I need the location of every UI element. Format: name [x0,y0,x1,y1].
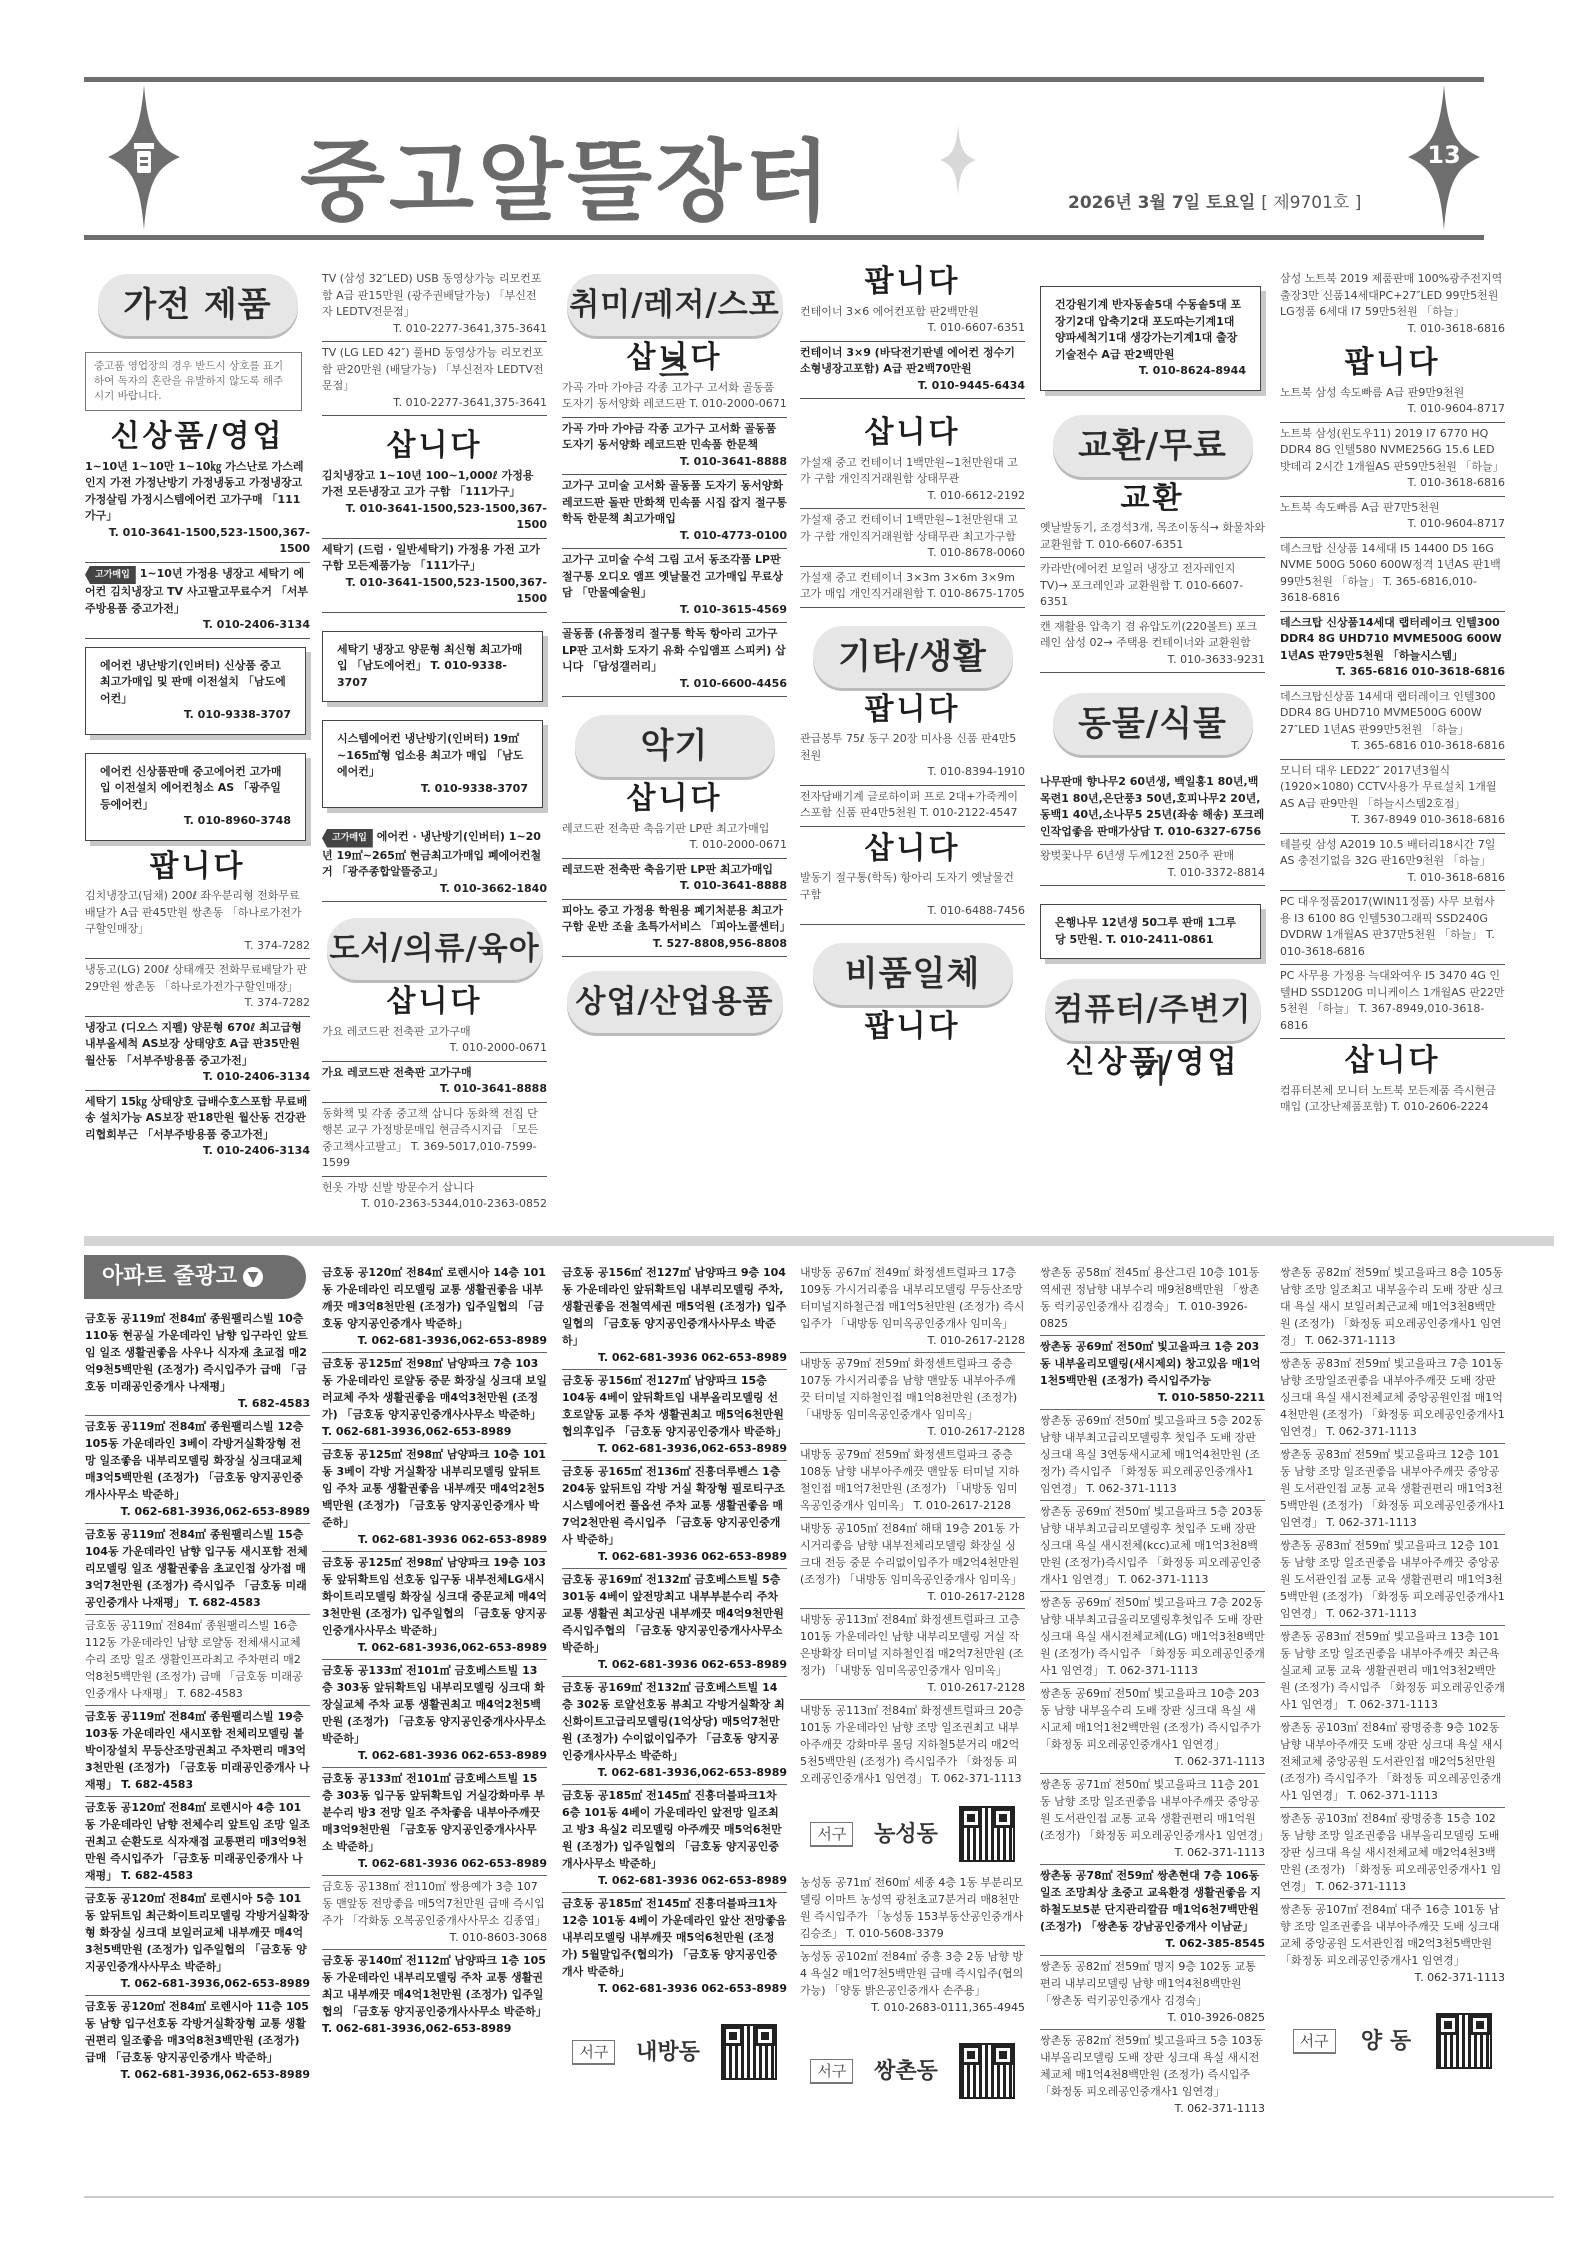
district-gu: 서구 [1293,2029,1336,2054]
ad-item: 노트북 삼성(윈도우11) 2019 I7 6770 HQ DDR4 8G 인텔… [1280,423,1505,497]
ad-item: 고가구 고미술 고서화 골동품 도자기 동서양화 레코드판 돌판 만화책 민속품… [562,475,787,549]
listing-item: 금호동 공120㎡ 전84㎡ 로렌시아 14층 101동 가운데라인 리모델링 … [322,1262,547,1353]
listing-item: 금호동 공125㎡ 전98㎡ 남양파크 19층 103동 앞뒤확트임 선호동 입… [322,1552,547,1660]
listing-item: 금호동 공140㎡ 전112㎡ 남양파크 1층 105동 가운데라인 내부리모델… [322,1950,547,2040]
listing-item: 금호동 공169㎡ 전132㎡ 금호베스트빌 5층 301동 4베이 앞전망최고… [562,1569,787,1677]
listing-item: 쌍촌동 공78㎡ 전59㎡ 쌍촌현대 7층 106동 일조 조망최상 초중고 교… [1040,1865,1265,1956]
listing-item: 쌍촌동 공83㎡ 전59㎡ 빛고을파크 12층 101동 남향 조망 일조권좋음… [1280,1444,1505,1535]
column-exchange-plants: 건강원기계 반자동솥5대 수동솥5대 포장기2대 압축기2대 포도따는기계1대 … [1040,268,1265,1082]
listing-item: 금호동 공119㎡ 전84㎡ 종원팰리스빌 16층 112동 가운데라인 남향 … [85,1615,310,1706]
district-label-naebang: 서구 내방동 [562,2024,787,2080]
listing-item: 쌍촌동 공69㎡ 전50㎡ 빛고을파크 7층 202동 남향 내부최고급올리모델… [1040,1592,1265,1683]
listing-item: 쌍촌동 공103㎡ 전84㎡ 광명중흥 15층 102동 남향 조망 일조권좋음… [1280,1808,1505,1899]
qr-code-icon[interactable] [721,2024,777,2080]
apartment-column-2: 금호동 공120㎡ 전84㎡ 로렌시아 14층 101동 가운데라인 리모델링 … [322,1262,547,2040]
category-animals-plants: 동물/식물 [1053,693,1253,755]
ad-item: 동화책 및 각종 중고책 삽니다 동화책 전집 단행본 교구 가정방문매입 현금… [322,1103,547,1177]
category-commercial-industrial: 상업/산업용품 [567,971,783,1033]
qr-code-icon[interactable] [959,2043,1015,2099]
listing-item: 금호동 공120㎡ 전84㎡ 로렌시아 11층 105동 남향 입구선호동 각방… [85,1996,310,2086]
section-sell: 팝니다 [800,274,1025,291]
listing-item: 금호동 공169㎡ 전132㎡ 금호베스트빌 14층 302동 로얄선호동 뷰최… [562,1677,787,1785]
ad-item: 피아노 중고 가정용 학원용 폐기처분용 최고가 구함 운반 조율 초특가서비스… [562,900,787,958]
listing-item: 쌍촌동 공69㎡ 전50㎡ 빛고을파크 1층 203동 내부올리모델링(새시제외… [1040,1336,1265,1410]
section-buy: 삽니다 [322,438,547,455]
market-stall-icon [108,85,180,230]
sparkle-icon [940,125,976,195]
listing-item: 쌍촌동 공71㎡ 전50㎡ 빛고을파크 11층 201동 남향 조망 일조권좋음… [1040,1774,1265,1865]
boxed-ad: 에어컨 냉난방기(인버터) 신상품 중고 최고가매입 및 판매 이전설치 「남도… [85,647,306,735]
ad-item: 노트북 속도빠름 A급 판7만5천원T. 010-9604-8717 [1280,497,1505,538]
page-title: 중고알뜰장터 [300,112,834,238]
ad-item: 데스크탑 신상품 14세대 I5 14400 D5 16G NVME 500G … [1280,538,1505,612]
district-label-nongseong: 서구 농성동 [800,1806,1025,1862]
listing-item: 쌍촌동 공69㎡ 전50㎡ 빛고을파크 5층 203동 남향 내부최고급리모델링… [1040,1501,1265,1592]
listing-item: 금호동 공185㎡ 전145㎡ 진흥더블파크1차 6층 101동 4베이 가운데… [562,1785,787,1893]
listing-item: 내방동 공113㎡ 전84㎡ 화정센트럴파크 20층 101동 가운데라인 남향… [800,1700,1025,1790]
ad-item: 레코드판 전축판 축음기판 LP판 최고가매입T. 010-3641-8888 [562,859,787,900]
ad-item: 데스크탑신상품 14세대 랩터레이크 인텔300 DDR4 8G UHD710 … [1280,686,1505,760]
page-number-badge: 13 [1408,85,1480,230]
column-appliances: 가전 제품 중고품 영업장의 경우 반드시 상호를 표기하여 독자의 혼란을 유… [85,268,310,1164]
listing-item: 쌍촌동 공83㎡ 전59㎡ 빛고을파크 7층 101동 남향 조망일조권좋음 내… [1280,1353,1505,1444]
section-buy: 삽니다 [800,841,1025,858]
listing-item: 내방동 공79㎡ 전59㎡ 화정센트럴파크 중층 107동 가시거리좋음 남향 … [800,1353,1025,1444]
high-price-buy-tag: 고가매입 [85,566,136,585]
category-hobby-leisure-sports: 취미/레저/스포츠 [567,274,783,336]
boxed-ad: 세탁기 냉장고 양문형 최신형 최고가매입 「남도에어컨」 T. 010-933… [322,631,543,703]
listing-item: 쌍촌동 공82㎡ 전59㎡ 빛고을파크 8층 105동 남향 조망 일조최고 내… [1280,1262,1505,1353]
listing-item: 쌍촌동 공69㎡ 전50㎡ 빛고을파크 10층 203동 남향 내부올수리 도배… [1040,1683,1265,1774]
section-exchange: 교환 [1040,491,1265,508]
category-exchange-free: 교환/무료 [1053,415,1253,477]
district-dong: 농성동 [874,1826,938,1843]
ad-item: 컨테이너 3×9 (바닥전기판넬 에어컨 정수기 소형냉장고포함) A급 판2백… [800,342,1025,400]
category-office-supplies: 비품일체 [813,943,1013,1005]
boxed-ad: 에어컨 신상품판매 중고에어컨 고가매입 이전설치 에어컨청소 AS 「광주일등… [85,753,306,841]
ad-item: 컴퓨터본체 모니터 노트북 모든제품 즉시현금매입 (고장난제품포함) T. 0… [1280,1080,1505,1120]
ad-item: 고가구 고미술 수석 그림 고서 동조각품 LP판 절구통 오디오 앰프 옛날물… [562,549,787,623]
listing-item: 쌍촌동 공107㎡ 전84㎡ 대주 16층 101동 남향 조망 일조권좋음 내… [1280,1899,1505,1989]
ad-item: 카라반(에어컨 보일러 냉장고 전자레인지 TV)→ 포크레인과 교환원함 T.… [1040,558,1265,616]
boxed-ad: 건강원기계 반자동솥5대 수동솥5대 포장기2대 압축기2대 포도따는기계1대 … [1040,286,1261,391]
column-hobby: 취미/레저/스포츠 삽니다 가곡 가마 가야금 각종 고가구 고서화 골동품 도… [562,268,787,1047]
apartment-column-1: 금호동 공119㎡ 전84㎡ 종원팰리스빌 10층 110동 현공실 가운데라인… [85,1308,310,2086]
ad-item: 세탁기 (드럼 · 일반세탁기) 가정용 가전 고가구함 모든제품가능 「111… [322,539,547,613]
listing-item: 금호동 공165㎡ 전136㎡ 진흥더루벤스 1층 204동 앞뒤트임 각방 거… [562,1461,787,1569]
ad-item: 캔 재활용 압축기 겸 유압도끼(220볼트) 포크레인 삼성 02→ 주택용 … [1040,616,1265,674]
ad-item: 가곡 가마 가야금 각종 고가구 고서화 골동품 도자기 동서양화 레코드판 민… [562,418,787,476]
section-sell: 팝니다 [800,1019,1025,1036]
listing-item: 쌍촌동 공83㎡ 전59㎡ 빛고을파크 12층 101동 남향 조망 일조권좋음… [1280,1535,1505,1626]
boxed-ad: 은행나무 12년생 50그루 판매 1그루당 5만원. T. 010-2411-… [1040,904,1261,959]
ad-item: 고가매입에어컨 · 냉난방기(인버터) 1~20년 19㎡~265㎡ 현금최고가… [322,826,547,902]
district-label-ssangchon: 서구 쌍촌동 [800,2043,1025,2099]
listing-item: 금호동 공119㎡ 전84㎡ 종원팰리스빌 19층 103동 가운데라인 새시포… [85,1706,310,1797]
listing-item: 금호동 공125㎡ 전98㎡ 남양파크 10층 101동 3베이 각방 거실확장… [322,1444,547,1552]
section-sell: 팝니다 [1280,355,1505,372]
ad-item: 가설재 중고 컨테이너 3×3m 3×6m 3×9m 고가 매입 개인직거래원함… [800,567,1025,608]
listing-item: 내방동 공105㎡ 전84㎡ 해태 19층 201동 가시거리좋음 남향 내부전… [800,1518,1025,1609]
apartment-column-6: 쌍촌동 공82㎡ 전59㎡ 빛고을파크 8층 105동 남향 조망 일조최고 내… [1280,1262,1505,2069]
ad-item: 관급봉투 75ℓ 동구 20장 미사용 신품 판4만5천원T. 010-8394… [800,728,1025,786]
listing-item: 금호동 공125㎡ 전98㎡ 남양파크 7층 103동 가운데라인 로얄동 중문… [322,1353,547,1444]
column-appliances-2: TV (삼성 32″LED) USB 동영상가능 리모컨포함 A급 판15만원 … [322,268,547,1217]
listing-item: 금호동 공185㎡ 전145㎡ 진흥더블파크1차 12층 101동 4베이 가운… [562,1893,787,2000]
issue-number: [ 제9701호 ] [1261,193,1361,213]
district-gu: 서구 [572,2040,615,2065]
listing-item: 농성동 공71㎡ 전60㎡ 세종 4층 1동 부분리모델링 이마트 농성역 광천… [800,1872,1025,1946]
listing-item: 금호동 공120㎡ 전84㎡ 로렌시아 4층 101동 가운데라인 남향 전체수… [85,1797,310,1888]
listing-item: 쌍촌동 공82㎡ 전59㎡ 명지 9층 102동 교통편리 내부리모델링 남향 … [1040,1956,1265,2030]
section-new-business: 신상품/영업 [85,429,310,446]
ad-item: 1~10년 1~10만 1~10㎏ 가스난로 가스레인지 가전 가정난방기 가정… [85,456,310,563]
high-price-buy-tag: 고가매입 [322,829,373,848]
ad-item: 나무판매 향나무2 60년생, 백일홍1 80년,백목련1 80년,은단풍3 5… [1040,771,1265,845]
ad-item: TV (삼성 32″LED) USB 동영상가능 리모컨포함 A급 판15만원 … [322,268,547,342]
apartment-listings-heading: 아파트 줄광고▼ [84,1255,306,1299]
listing-item: 금호동 공133㎡ 전101㎡ 금호베스트빌 13층 303동 앞뒤확트임 내부… [322,1660,547,1768]
ad-item: 가설재 중고 컨테이너 1백만원~1천만원대 고가 구함 개인직거래원함 상태무… [800,452,1025,510]
category-books-clothes-baby: 도서/의류/육아 [327,918,543,980]
apartment-column-4: 내방동 공67㎡ 전49㎡ 화정센트럴파크 17층 109동 가시거리좋음 내부… [800,1262,1025,2099]
district-dong: 쌍촌동 [874,2063,938,2080]
ad-item: 가요 레코드판 전축판 고가구매T. 010-3641-8888 [322,1062,547,1103]
ad-item: 고가매입1~10년 가정용 냉장고 세탁기 에어컨 김치냉장고 TV 사고팔고무… [85,563,310,639]
ad-item: 테블릿 삼성 A2019 10.5 배터리18시간 7일AS 충전기없음 32G… [1280,834,1505,892]
listing-item: 금호동 공133㎡ 전101㎡ 금호베스트빌 15층 303동 입구동 앞뒤확트… [322,1768,547,1876]
section-sell: 팝니다 [800,702,1025,719]
district-gu: 서구 [810,1822,853,1847]
ad-item: 세탁기 15㎏ 상태양호 급배수호스포함 무료배송 설치가능 AS보장 판18만… [85,1091,310,1164]
ad-item: 삼성 노트북 2019 제품판매 100%광주전지역 출장3만 신품14세대PC… [1280,268,1505,341]
section-sell: 팝니다 [85,859,310,876]
listing-item: 금호동 공138㎡ 전110㎡ 쌍용예가 3층 107동 맨앞동 전망좋음 매5… [322,1876,547,1950]
listing-item: 금호동 공119㎡ 전84㎡ 종원팰리스빌 12층 105동 가운데라인 3베이… [85,1416,310,1524]
district-gu: 서구 [810,2059,853,2084]
ad-item: 레코드판 전축판 축음기판 LP판 최고가매입T. 010-2000-0671 [562,818,787,859]
section-buy: 삽니다 [562,791,787,808]
ad-item: 데스크탑 신상품14세대 랩터레이크 인텔300 DDR4 8G UHD710 … [1280,612,1505,686]
listing-item: 금호동 공120㎡ 전84㎡ 로렌시아 5층 101동 앞뒤트임 최근화이트리모… [85,1888,310,1996]
ad-item: 가요 레코드판 전축판 고가구매T. 010-2000-0671 [322,1021,547,1062]
ad-item: 냉동고(LG) 200ℓ 상태깨끗 전화무료배달가 판29만원 쌍촌동 「하나로… [85,959,310,1017]
district-dong: 양 동 [1361,2033,1411,2050]
ad-item: 발동기 절구통(학독) 항아리 도자기 옛날물건 구함T. 010-6488-7… [800,867,1025,925]
listing-item: 농성동 공102㎡ 전84㎡ 중흥 3층 2동 남향 방4 욕실2 매1억7천5… [800,1946,1025,2019]
page-number: 13 [1408,141,1480,169]
date-text: 2026년 3월 7일 토요일 [1068,193,1255,213]
column-computers: 삼성 노트북 2019 제품판매 100%광주전지역 출장3만 신품14세대PC… [1280,268,1505,1120]
ad-item: 노트북 삼성 속도빠름 A급 판9만9천원T. 010-9604-8717 [1280,382,1505,423]
listing-item: 쌍촌동 공58㎡ 전45㎡ 용산그린 10층 101동 역세권 정남향 내부수리… [1040,1262,1265,1336]
boxed-ad: 시스템에어컨 냉난방기(인버터) 19㎡~165㎡형 업소용 최고가 매입 「남… [322,720,543,808]
listing-item: 쌍촌동 공69㎡ 전50㎡ 빛고을파크 5층 202동 남향 내부최고급리모델링… [1040,1410,1265,1501]
header-top-rule [84,77,1484,82]
ad-item: 전자담배기계 글로하이퍼 프로 2대+가죽케이스포함 신품 판4만5천원 T. … [800,786,1025,827]
qr-code-icon[interactable] [1436,2013,1492,2069]
listing-item: 금호동 공156㎡ 전127㎡ 남양파크 9층 104동 가운데라인 앞뒤확트임… [562,1262,787,1370]
listing-item: 내방동 공67㎡ 전49㎡ 화정센트럴파크 17층 109동 가시거리좋음 내부… [800,1262,1025,1353]
ad-item: 모니터 대우 LED22″ 2017년3월식(1920×1080) CCTV사용… [1280,760,1505,834]
issue-date: 2026년 3월 7일 토요일 [ 제9701호 ] [1068,188,1361,213]
apartment-column-3: 금호동 공156㎡ 전127㎡ 남양파크 9층 104동 가운데라인 앞뒤확트임… [562,1262,787,2080]
section-buy: 삽니다 [1280,1053,1505,1070]
ad-item: 김치냉장고(딤채) 200ℓ 좌우분리형 전화무료배달가 A급 판45만원 쌍촌… [85,885,310,959]
category-appliances: 가전 제품 [98,274,298,336]
ad-item: TV (LG LED 42″) 풀HD 동영상가능 리모컨포함 판20만원 (배… [322,342,547,416]
section-buy: 삽니다 [800,425,1025,442]
qr-code-icon[interactable] [959,1806,1015,1862]
district-dong: 내방동 [636,2044,700,2061]
arrow-down-circle-icon: ▼ [243,1267,263,1287]
bottom-rule [84,2196,1554,2198]
apartment-column-5: 쌍촌동 공58㎡ 전45㎡ 용산그린 10층 101동 역세권 정남향 내부수리… [1040,1262,1265,2120]
ad-item: 컨테이너 3×6 에어컨포함 판2백만원T. 010-6607-6351 [800,301,1025,342]
section-buy: 삽니다 [322,994,547,1011]
ad-item: 골동품 (유품정리 절구통 학독 항아리 고가구 LP판 고서화 도자기 유화 … [562,623,787,697]
ad-item: 김치냉장고 1~10년 100~1,000ℓ 가정용 가전 모든냉장고 고가 구… [322,465,547,539]
ad-item: 옛날발동기, 조경석3개, 목조이동식→ 화물차와 교환원함 T. 010-66… [1040,517,1265,558]
listing-item: 내방동 공79㎡ 전59㎡ 화정센트럴파크 중층 108동 남향 내부아주깨끗 … [800,1444,1025,1518]
ad-item: PC 대우정품2017(WIN11정품) 사무 보험사용 I3 6100 8G … [1280,891,1505,965]
category-instruments: 악기 [575,715,775,777]
ad-item: 헌옷 가방 신발 방문수거 삽니다T. 010-2363-5344,010-23… [322,1177,547,1217]
listing-item: 쌍촌동 공83㎡ 전59㎡ 빛고을파크 13층 101동 남향 조망 일조권좋음… [1280,1626,1505,1717]
listing-item: 금호동 공119㎡ 전84㎡ 종원팰리스빌 15층 104동 가운데라인 남향 … [85,1524,310,1615]
notice-box: 중고품 영업장의 경우 반드시 상호를 표기하여 독자의 혼란을 유발하지 않도… [85,352,302,411]
listing-item: 금호동 공119㎡ 전84㎡ 종원팰리스빌 10층 110동 현공실 가운데라인… [85,1308,310,1416]
category-misc-living: 기타/생활 [813,626,1013,688]
category-computers-peripherals: 컴퓨터/주변기기 [1045,979,1261,1041]
ad-item: 가설재 중고 컨테이너 1백만원~1천만원대 고가 구함 개인직거래원함 상태무… [800,509,1025,567]
listing-item: 쌍촌동 공82㎡ 전59㎡ 빛고을파크 5층 103동 내부올리모델링 도배 장… [1040,2030,1265,2120]
ad-item: 왕벚꽃나무 6년생 두께12전 250주 판매T. 010-3372-8814 [1040,845,1265,886]
ad-item: 냉장고 (디오스 지펠) 양문형 670ℓ 최고급형 내부올세척 AS보장 상태… [85,1017,310,1091]
ad-item: PC 사무용 가정용 늑대와여우 I5 3470 4G 인텔HD SSD120G… [1280,965,1505,1039]
listing-item: 쌍촌동 공103㎡ 전84㎡ 광명중흥 9층 102동 남향 내부아주깨끗 도배… [1280,1717,1505,1808]
listing-item: 내방동 공113㎡ 전84㎡ 화정센트럴파크 고층 101동 가운데라인 남향 … [800,1609,1025,1700]
section-divider [84,1236,1554,1246]
listing-item: 금호동 공156㎡ 전127㎡ 남양파크 15층 104동 4베이 앞뒤확트임 … [562,1370,787,1461]
district-label-yangdong: 서구 양 동 [1280,2013,1505,2069]
column-sell-buy: 팝니다 컨테이너 3×6 에어컨포함 판2백만원T. 010-6607-6351… [800,268,1025,1045]
